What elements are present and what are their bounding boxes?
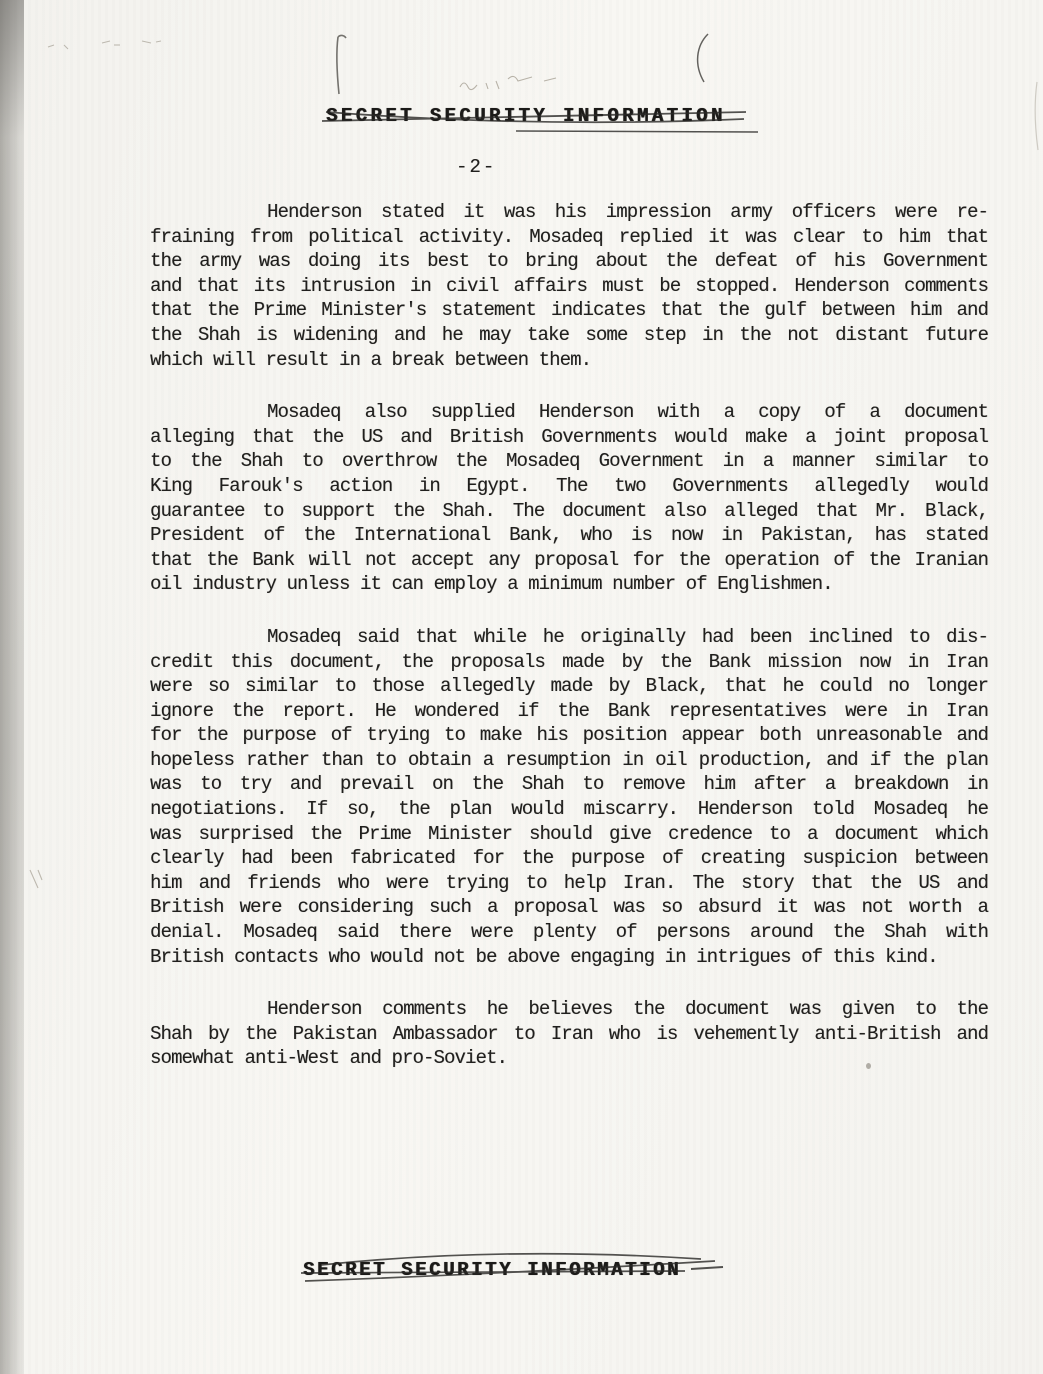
scanned-document-page: SECRET SECURITY INFORMATION -2- Henderso… [0, 0, 1043, 1374]
text-line: British contacts who would not be above … [150, 945, 988, 970]
paragraph: Henderson stated it was his impression a… [150, 200, 988, 372]
text-line: to the Shah to overthrow the Mosadeq Gov… [150, 449, 988, 474]
text-line: King Farouk's action in Egypt. The two G… [150, 474, 988, 499]
handwriting-squiggle [456, 70, 576, 96]
text-line: the army was doing its best to bring abo… [150, 249, 988, 274]
paragraph: Mosadeq said that while he originally ha… [150, 625, 988, 969]
paragraph: Henderson comments he believes the docum… [150, 997, 988, 1071]
text-line: clearly had been fabricated for the purp… [150, 846, 988, 871]
text-line: was to try and prevail on the Shah to re… [150, 772, 988, 797]
text-line: guarantee to support the Shah. The docum… [150, 499, 988, 524]
classification-footer-text: SECRET SECURITY INFORMATION [303, 1259, 681, 1281]
text-line: credit this document, the proposals made… [150, 650, 988, 675]
text-line: ignore the report. He wondered if the Ba… [150, 699, 988, 724]
paragraph: Mosadeq also supplied Henderson with a c… [150, 400, 988, 597]
text-line: the Shah is widening and he may take som… [150, 323, 988, 348]
text-line: Henderson stated it was his impression a… [150, 200, 988, 225]
text-line: which will result in a break between the… [150, 348, 988, 373]
text-line: that the Prime Minister's statement indi… [150, 298, 988, 323]
document-body: Henderson stated it was his impression a… [150, 200, 988, 1099]
text-line: was surprised the Prime Minister should … [150, 822, 988, 847]
classification-footer: SECRET SECURITY INFORMATION [303, 1259, 681, 1281]
text-line: that the Bank will not accept any propos… [150, 548, 988, 573]
parenthesis-mark [688, 32, 714, 86]
text-line: President of the International Bank, who… [150, 523, 988, 548]
page-number: -2- [456, 156, 496, 178]
text-line: fraining from political activity. Mosade… [150, 225, 988, 250]
text-line: oil industry unless it can employ a mini… [150, 572, 988, 597]
text-line: were so similar to those allegedly made … [150, 674, 988, 699]
text-line: negotiations. If so, the plan would misc… [150, 797, 988, 822]
text-line: and that its intrusion in civil affairs … [150, 274, 988, 299]
text-line: for the purpose of trying to make his po… [150, 723, 988, 748]
classification-header-text: SECRET SECURITY INFORMATION [326, 105, 726, 127]
text-line: somewhat anti-West and pro-Soviet. [150, 1046, 988, 1071]
text-line: alleging that the US and British Governm… [150, 425, 988, 450]
text-line: British were considering such a proposal… [150, 895, 988, 920]
pencil-marks [44, 36, 174, 54]
edge-scratch-mark [1032, 80, 1041, 152]
text-line: hopeless rather than to obtain a resumpt… [150, 748, 988, 773]
classification-header: SECRET SECURITY INFORMATION [326, 105, 726, 127]
text-line: Henderson comments he believes the docum… [150, 997, 988, 1022]
text-line: Mosadeq said that while he originally ha… [150, 625, 988, 650]
text-line: Mosadeq also supplied Henderson with a c… [150, 400, 988, 425]
margin-smudge-mark [26, 866, 46, 894]
text-line: Shah by the Pakistan Ambassador to Iran … [150, 1022, 988, 1047]
text-line: denial. Mosadeq said there were plenty o… [150, 920, 988, 945]
text-line: him and friends who were trying to help … [150, 871, 988, 896]
pen-stroke-mark [330, 34, 354, 98]
scan-edge-shadow [0, 0, 24, 1374]
